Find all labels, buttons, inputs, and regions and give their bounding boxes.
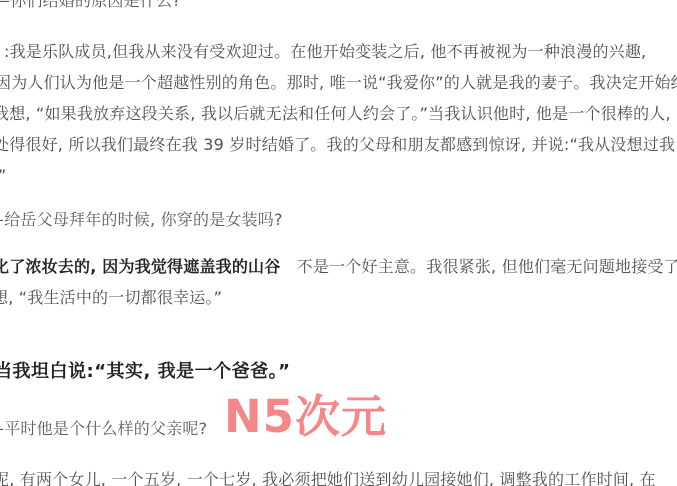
interview-question-line: —给岳父母拜年的时候, 你穿的是女装吗? bbox=[0, 210, 283, 230]
answer-bold-segment: 化了浓妆去的, 因为我觉得遮盖我的山谷 bbox=[0, 257, 280, 276]
section-heading: 当我坦白说:“其实, 我是一个爸爸。” bbox=[0, 361, 290, 384]
answer-paragraph-line: 处得很好, 所以我们最终在我 39 岁时结婚了。我的父母和朋友都感到惊讶, 并说… bbox=[0, 135, 675, 155]
answer-paragraph-line: 我想, “如果我放弃这段关系, 我以后就无法和任何人约会了。”当我认识他时, 他… bbox=[0, 104, 671, 124]
top-cut-question-line: —你们结婚的原因是什么? bbox=[0, 0, 181, 11]
answer-regular-segment: 不是一个好主意。我很紧张, 但他们毫无问题地接受了 bbox=[280, 257, 677, 276]
answer-paragraph-line: 想, “我生活中的一切都很幸运。” bbox=[0, 288, 222, 308]
answer-paragraph-line: 化了浓妆去的, 因为我觉得遮盖我的山谷 不是一个好主意。我很紧张, 但他们毫无问… bbox=[0, 257, 677, 277]
answer-paragraph-line: :我是乐队成员,但我从来没有受欢迎过。在他开始变装之后, 他不再被视为一种浪漫的… bbox=[4, 42, 646, 62]
answer-paragraph-line: ” bbox=[0, 166, 7, 186]
watermark-text: N5次元 bbox=[224, 380, 387, 445]
answer-paragraph-line: 呢, 有两个女儿, 一个五岁, 一个七岁, 我必须把她们送到幼儿园接她们, 调整… bbox=[0, 470, 656, 486]
interview-question-line: —平时他是个什么样的父亲呢? bbox=[0, 419, 207, 439]
answer-paragraph-line: 因为人们认为他是一个超越性别的角色。那时, 唯一说“我爱你”的人就是我的妻子。我… bbox=[0, 73, 677, 93]
article-page: —你们结婚的原因是什么? :我是乐队成员,但我从来没有受欢迎过。在他开始变装之后… bbox=[0, 0, 677, 486]
